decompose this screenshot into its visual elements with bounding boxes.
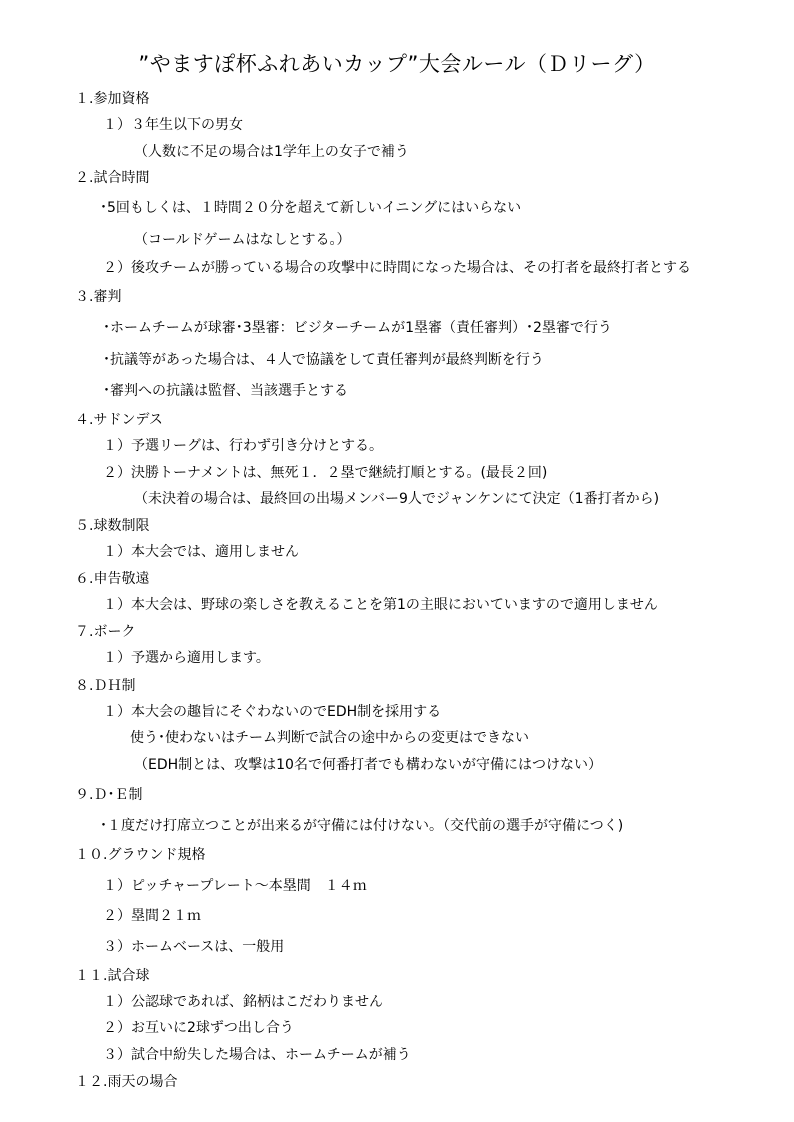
rule-item: １）３年生以下の男女	[103, 116, 243, 134]
section-heading: ８.ＤＨ制	[75, 677, 135, 695]
section-heading: ９.Ｄ･Ｅ制	[75, 786, 142, 804]
document-title: ”やますぽ杯ふれあいカップ”大会ルール（Ｄリーグ）	[0, 48, 794, 78]
rule-note: （EDH制とは、攻撃は10名で何番打者でも構わないが守備にはつけない）	[134, 756, 602, 774]
rule-item: ２）決勝トーナメントは、無死１．２塁で継続打順とする。(最長２回)	[103, 464, 547, 482]
section-heading: ３.審判	[75, 288, 121, 306]
section-heading: ４.サドンデス	[75, 411, 163, 429]
rule-note: 使う･使わないはチーム判断で試合の途中からの変更はできない	[130, 729, 529, 747]
section-heading: １１.試合球	[75, 967, 149, 985]
rule-item: １）予選リーグは、行わず引き分けとする。	[103, 437, 383, 455]
rule-note: （人数に不足の場合は1学年上の女子で補う	[134, 143, 409, 161]
rule-item: ･抗議等があった場合は、４人で協議をして責任審判が最終判断を行う	[103, 351, 544, 369]
rule-item: １）予選から適用します。	[103, 649, 270, 667]
rule-item: ･5回もしくは、１時間２０分を超えて新しいイニングにはいらない	[100, 199, 521, 217]
section-heading: １０.グラウンド規格	[75, 846, 205, 864]
rule-item: ･審判への抗議は監督、当該選手とする	[103, 382, 348, 400]
section-heading: ７.ボーク	[75, 623, 135, 641]
section-heading: ２.試合時間	[75, 169, 149, 187]
rule-item: １）本大会は、野球の楽しさを教えることを第1の主眼においていますので適用しません	[103, 596, 658, 614]
rule-item: ２）後攻チームが勝っている場合の攻撃中に時間になった場合は、その打者を最終打者と…	[103, 259, 691, 277]
section-heading: ５.球数制限	[75, 517, 149, 535]
rule-item: ３）試合中紛失した場合は、ホームチームが補う	[103, 1046, 411, 1064]
section-heading: ６.申告敬遠	[75, 570, 149, 588]
rule-item: ３）ホームベースは、一般用	[103, 938, 284, 956]
section-heading: １２.雨天の場合	[75, 1073, 177, 1091]
rule-item: ･ホームチームが球審･3塁審：ビジターチームが1塁審（責任審判）･2塁審で行う	[103, 319, 612, 337]
rule-item: ２）お互いに2球ずつ出し合う	[103, 1019, 294, 1037]
rule-item: １）公認球であれば、銘柄はこだわりません	[103, 993, 383, 1011]
rule-item: １）本大会では、適用しません	[103, 543, 299, 561]
rule-item: ２）塁間２１ｍ	[103, 907, 201, 925]
rule-note: （コールドゲームはなしとする。）	[134, 231, 350, 249]
section-heading: １.参加資格	[75, 90, 149, 108]
rule-item: １）ピッチャープレート～本塁間 １４ｍ	[103, 877, 367, 895]
rule-item: １）本大会の趣旨にそぐわないのでEDH制を採用する	[103, 703, 441, 721]
rule-item: ･１度だけ打席立つことが出来るが守備には付けない。（交代前の選手が守備につく)	[100, 817, 623, 835]
rule-note: （未決着の場合は、最終回の出場メンバー9人でジャンケンにて決定（1番打者から)	[134, 490, 659, 508]
